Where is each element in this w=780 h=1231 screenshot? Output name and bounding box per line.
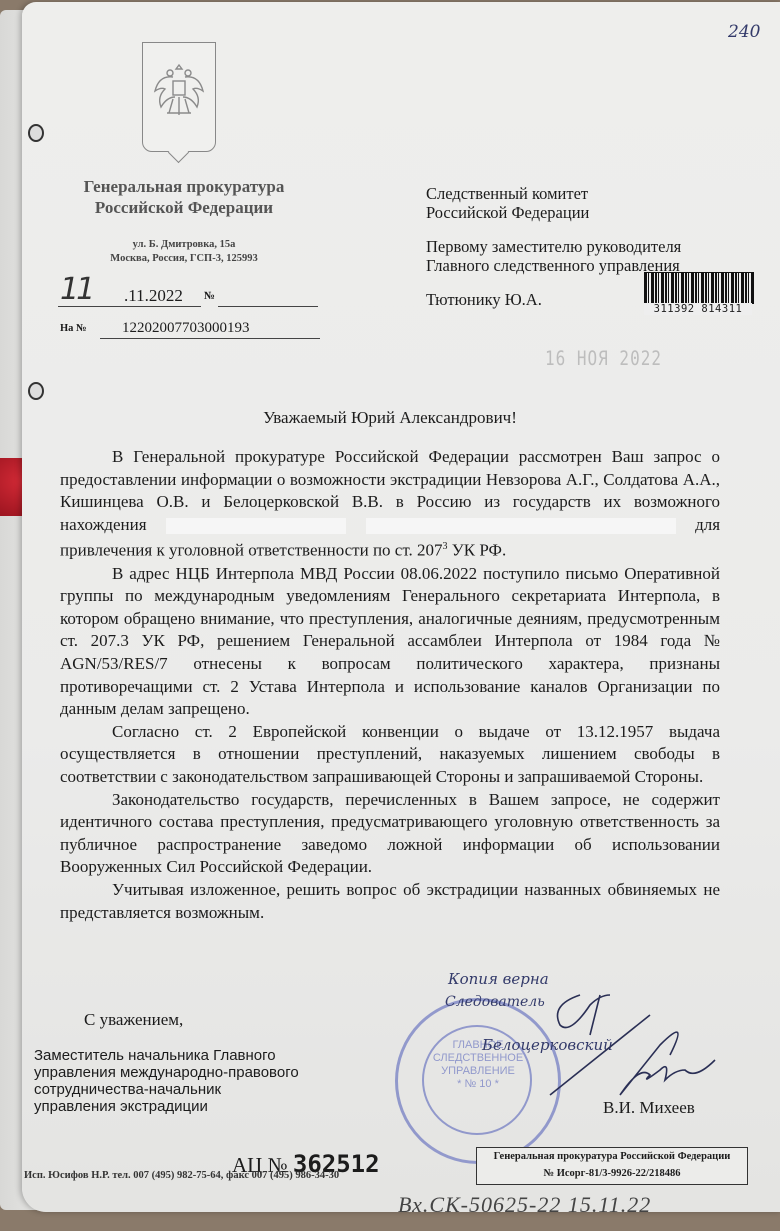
signature-icon [470, 975, 730, 1115]
received-date-stamp: 16 НОЯ 2022 [545, 347, 662, 370]
stamp-line: Генеральная прокуратура Российской Федер… [477, 1148, 747, 1165]
date-underline [58, 306, 201, 307]
paragraph: В Генеральной прокуратуре Российской Фед… [60, 446, 720, 563]
address-line: Москва, Россия, ГСП-3, 125993 [60, 252, 308, 266]
signer-title-line: сотрудничества-начальник [34, 1081, 374, 1098]
recipient-position: Главного следственного управления [426, 256, 680, 275]
number-underline [218, 306, 318, 307]
executor-contact: Исп. Юсифов Н.Р. тел. 007 (495) 982-75-6… [24, 1170, 339, 1181]
stamp-line: № Исорг-81/3-9926-22/218486 [477, 1165, 747, 1182]
reference-underline [100, 338, 320, 339]
barcode-number: 311392 814311 [644, 303, 752, 315]
registration-stamp: Генеральная прокуратура Российской Федер… [476, 1147, 748, 1185]
signer-name: В.И. Михеев [603, 1098, 695, 1118]
incoming-registration-handwritten: Вх.СК-50625-22 15.11.22 [398, 1192, 651, 1218]
org-line: Российской Федерации [60, 197, 308, 218]
redacted-block [166, 518, 346, 534]
signer-title: Заместитель начальника Главного управлен… [34, 1047, 374, 1115]
paragraph-text: УК РФ. [448, 541, 507, 560]
russian-coat-of-arms-icon [153, 59, 205, 123]
emblem-frame [142, 42, 216, 152]
recipient-org: Следственный комитет [426, 184, 588, 203]
paragraph: Законодательство государств, перечисленн… [60, 789, 720, 879]
sender-organization: Генеральная прокуратура Российской Федер… [60, 176, 308, 218]
recipient-name: Тютюнику Ю.А. [426, 290, 542, 309]
signer-title-line: управления международно-правового [34, 1064, 374, 1081]
signer-title-line: Заместитель начальника Главного [34, 1047, 374, 1064]
letter-body: В Генеральной прокуратуре Российской Фед… [60, 446, 720, 924]
salutation: Уважаемый Юрий Александрович! [0, 408, 780, 428]
binder-hole [28, 382, 44, 400]
binder-hole [28, 124, 44, 142]
closing: С уважением, [84, 1010, 183, 1030]
paragraph: Учитывая изложенное, решить вопрос об эк… [60, 879, 720, 924]
org-line: Генеральная прокуратура [60, 176, 308, 197]
outgoing-number-label: № [204, 290, 215, 302]
reference-value: 12202007703000193 [122, 320, 250, 337]
paragraph: Согласно ст. 2 Европейской конвенции о в… [60, 721, 720, 789]
date-month-year: .11.2022 [124, 286, 183, 306]
reference-label: На № [60, 323, 87, 334]
recipient-org: Российской Федерации [426, 203, 589, 222]
barcode-bars [644, 272, 754, 304]
signer-title-line: управления экстрадиции [34, 1098, 374, 1115]
page-number: 240 [728, 22, 760, 42]
paragraph: В адрес НЦБ Интерпола МВД России 08.06.2… [60, 563, 720, 721]
address-line: ул. Б. Дмитровка, 15а [60, 238, 308, 252]
redacted-block [366, 518, 676, 534]
date-day-handwritten: 11 [60, 272, 92, 307]
letter-date: 11 .11.2022 № [58, 280, 318, 306]
barcode: 311392 814311 [644, 272, 752, 314]
recipient-position: Первому заместителю руководителя [426, 237, 681, 256]
sender-address: ул. Б. Дмитровка, 15а Москва, Россия, ГС… [60, 238, 308, 266]
